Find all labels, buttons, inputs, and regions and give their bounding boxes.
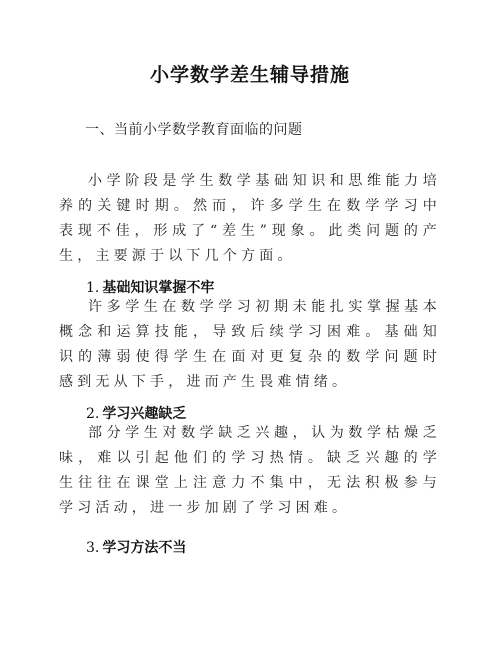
subheading-text: 学习兴趣缺乏 — [102, 406, 186, 422]
section-heading: 一、当前小学数学教育面临的问题 — [85, 119, 303, 139]
subheading-number: 3. — [86, 540, 99, 556]
subheading-text: 基础知识掌握不牢 — [102, 280, 214, 296]
subheading-text: 学习方法不当 — [102, 540, 186, 556]
document-title: 小学数学差生辅导措施 — [0, 60, 500, 87]
subheading-number: 2. — [86, 406, 99, 422]
intro-paragraph: 小学阶段是学生数学基础知识和思维能力培养的关键时期。然而，许多学生在数学学习中表… — [59, 169, 441, 269]
subheading-2: 2.学习兴趣缺乏 — [86, 403, 186, 423]
paragraph-2: 部分学生对数学缺乏兴趣，认为数学枯燥乏味，难以引起他们的学习热情。缺乏兴趣的学生… — [59, 421, 441, 521]
subheading-1: 1.基础知识掌握不牢 — [86, 277, 214, 297]
subheading-3: 3.学习方法不当 — [86, 537, 186, 557]
paragraph-1: 许多学生在数学学习初期未能扎实掌握基本概念和运算技能，导致后续学习困难。基础知识… — [59, 295, 441, 395]
subheading-number: 1. — [86, 280, 99, 296]
